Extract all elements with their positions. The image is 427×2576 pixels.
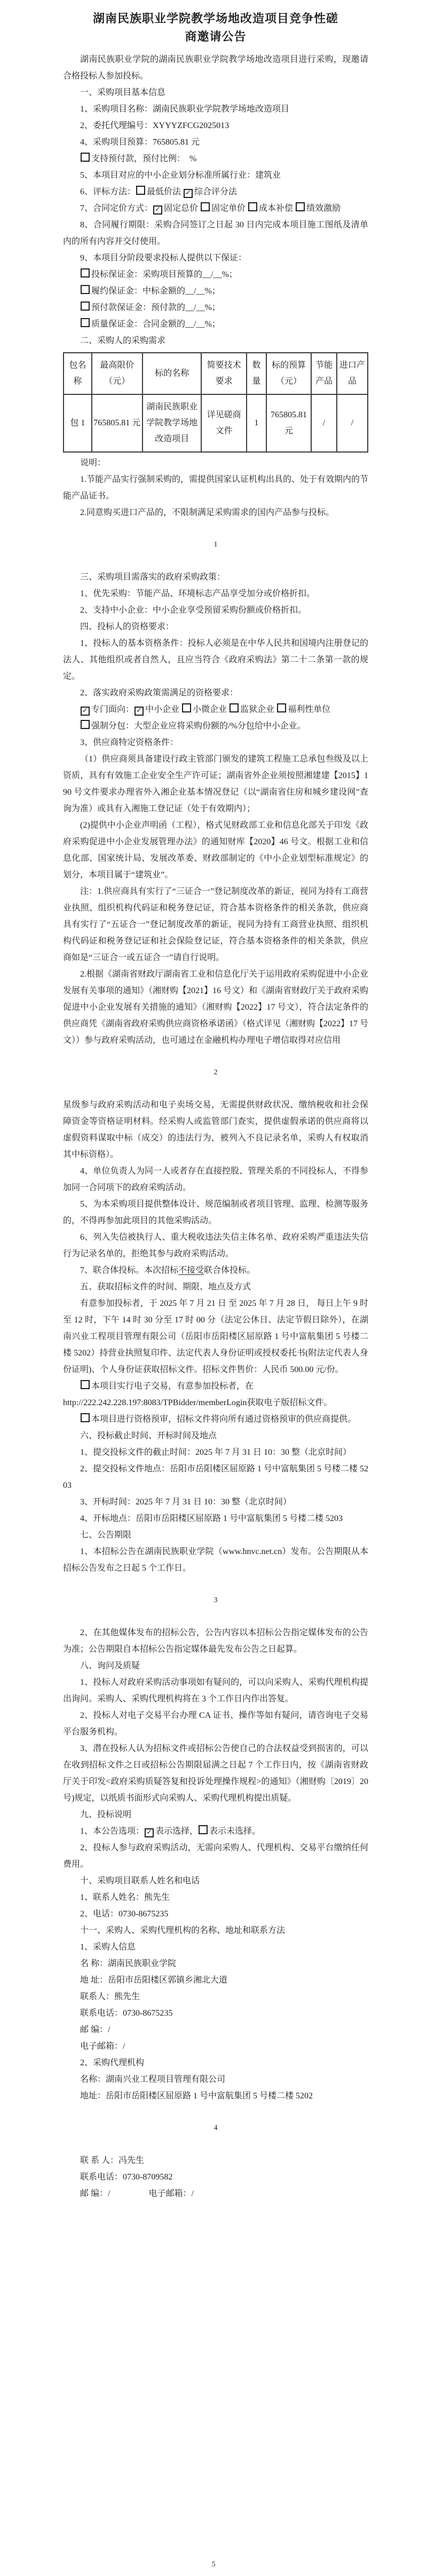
page-number: 3 (63, 1592, 368, 1608)
checkbox-unchecked-icon (201, 202, 210, 211)
paragraph: 3、开标时间：2025 年 7 月 31 日 10：30 整（北京时间） (63, 1494, 368, 1510)
paragraph: 说明： (63, 455, 368, 471)
table-cell: 1 (247, 394, 266, 452)
section-heading: 四、投标人的资格要求： (63, 619, 368, 635)
section-heading: 三、采购项目需落实的政府采购政策： (63, 569, 368, 585)
paragraph: 星级参与政府采购活动和电子卖场交易，无需提供财政状况、缴纳税收和社会保障资金等资… (63, 1097, 368, 1163)
announcement-page: 湖南民族职业学院教学场地改造项目竞争性磋 商邀请公告 湖南民族职业学院的湖南民族… (0, 0, 427, 2576)
section-heading: 六、投标截止时间、开标时间及地点 (63, 1428, 368, 1444)
table-header-cell: 最高限价（元） (92, 353, 143, 394)
paragraph: 1、优先采购：节能产品、环境标志产品享受加分或价格折扣。 (63, 585, 368, 602)
table-header-cell: 包名称 (64, 353, 92, 394)
checkbox-unchecked-icon (81, 318, 90, 327)
paragraph: 地址：岳阳市岳阳楼区屈原路 1 号中富航集团 5 号楼二楼 5202 (63, 2088, 368, 2104)
checkbox-checked-icon: ✓ (145, 1828, 154, 1837)
paragraph: 3、潜在投标人认为招标文件或招标公告使自己的合法权益受到损害的，可以在收到招标文… (63, 1740, 368, 1806)
checkbox-checked-icon: ✓ (135, 707, 144, 716)
section-heading: 七、公告期限 (63, 1527, 368, 1543)
paragraph: 7、联合体投标。本次招标不接受联合体投标。 (63, 1262, 368, 1279)
checkbox-checked-icon: ✓ (153, 205, 162, 215)
table-row: 包 1765805.81 元湖南民族职业学院教学场地改造项目详见磋商文件1765… (64, 394, 368, 452)
paragraph: 1、采购人信息 (63, 1939, 368, 1955)
checkbox-unchecked-icon (81, 268, 90, 278)
checkbox-checked-icon: ✓ (81, 707, 90, 716)
paragraph: 1、投标人的基本资格条件：投标人必须是在中华人民共和国境内注册登记的法人、其他组… (63, 635, 368, 685)
section-heading: 九、投标说明 (63, 1806, 368, 1823)
paragraph: ✓专门面向：✓中小企业 小微企业 监狱企业 福利性单位 (63, 701, 368, 718)
paragraph: 2、投标人对电子交易平台办理 CA 证书、操作等如有疑问，请咨询电子交易平台服务… (63, 1707, 368, 1740)
section-heading: 二、采购人的采购需求 (63, 332, 368, 349)
paragraph: 6、列入失信被执行人、重大税收违法失信主体名单、政府采购严重违法失信行为记录名单… (63, 1229, 368, 1262)
paragraph: 2.同意购买进口产品的，不限制满足采购需求的国内产品参与投标。 (63, 504, 368, 521)
paragraph: 质量保证金：合同金额的__/__%； (63, 316, 368, 332)
paragraph: 联 系 人：冯先生 (63, 2152, 368, 2169)
paragraph: 地 址：岳阳市岳阳楼区郭镇乡湘北大道 (63, 1972, 368, 1988)
checkbox-checked-icon: ✓ (184, 189, 193, 198)
paragraph: 2、支持中小企业：中小企业享受预留采购份额或价格折扣。 (63, 602, 368, 619)
paragraph: 2、提交投标文件地点：岳阳市岳阳楼区屈原路 1 号中富航集团 5 号楼二楼 52… (63, 1461, 368, 1494)
checkbox-unchecked-icon (199, 1825, 208, 1834)
table-cell: 765805.81 元 (92, 394, 143, 452)
paragraph: 6、评标方法：最低价法 ✓综合评分法 (63, 184, 368, 200)
paragraph: 邮 编：/ 电子邮箱：/ (63, 2185, 368, 2202)
page-number: 2 (63, 1065, 368, 1081)
page-number: 5 (0, 2557, 427, 2573)
paragraph: 1、本招标公告在湖南民族职业学院（www.hnvc.net.cn）发布。公告期限… (63, 1543, 368, 1576)
paragraph: 1、投标人对政府采购活动事项如有疑问的，可以向采购人、采购代理机构提出询问。采购… (63, 1674, 368, 1707)
checkbox-unchecked-icon (296, 202, 305, 211)
table-header-cell: 数量 (247, 353, 266, 394)
table-cell: 湖南民族职业学院教学场地改造项目 (143, 394, 202, 452)
paragraph: 2、委托代理编号：XYYYZFCG2025013 (63, 117, 368, 134)
table-cell: / (337, 394, 368, 452)
paragraph: 强制分包：大型企业应将采购份额的/%分包给中小企业。 (63, 718, 368, 734)
paragraph: 2、投标人参与政府采购活动，无需向采购人、代理机构、交易平台缴纳任何费用。 (63, 1840, 368, 1873)
table-header-cell: 标的预算（元） (266, 353, 311, 394)
paragraph: 4、单位负责人为同一人或者存在直接控股、管理关系的不同投标人，不得参加同一合同项… (63, 1163, 368, 1196)
paragraph: 4、采购项目预算：765805.81 元 (63, 134, 368, 150)
paragraph: 1、联系人姓名：熊先生 (63, 1889, 368, 1906)
paragraph: 2、电话：0730-8675235 (63, 1906, 368, 1922)
paragraph: 1、采购项目名称：湖南民族职业学院教学场地改造项目 (63, 101, 368, 117)
table-cell: 包 1 (64, 394, 92, 452)
paragraph: (2)提供中小企业声明函（工程），格式见财政部工业和信息化部关于印发《政府采购促… (63, 817, 368, 883)
table-header-cell: 标的名称 (143, 353, 202, 394)
table-cell: 765805.81 元 (266, 394, 311, 452)
paragraph: 预付款保证金：预付款的__/__%； (63, 299, 368, 316)
paragraph: 名 称：湖南民族职业学院 (63, 1955, 368, 1972)
section-heading: 五、获取招标文件的时间、期限、地点及方式 (63, 1279, 368, 1295)
paragraph: 联系电话：0730-8709582 (63, 2169, 368, 2185)
paragraph: 8、合同履行期限：采购合同签订之日起 30 日内完成本项目施工图纸及清单内的所有… (63, 217, 368, 250)
requirements-table: 包名称最高限价（元）标的名称简要技术要求数量标的预算（元）节能产品进口产品包 1… (63, 352, 368, 453)
paragraph: http://222.242.228.197:8083/TPBidder/mem… (63, 1394, 368, 1411)
section-heading: 十、采购项目联系人姓名和电话 (63, 1873, 368, 1889)
checkbox-unchecked-icon (277, 703, 286, 712)
page-number: 4 (63, 2120, 368, 2136)
paragraph: 1.节能产品实行强制采购的，需提供国家认证机构出具的、处于有效期内的节能产品证书… (63, 471, 368, 504)
section-heading: 八、询问及质疑 (63, 1658, 368, 1674)
checkbox-unchecked-icon (81, 720, 90, 729)
underlined-text: 不接受 (178, 1266, 204, 1275)
checkbox-unchecked-icon (248, 202, 257, 211)
paragraph: 2、落实政府采购政策需满足的资格要求： (63, 685, 368, 701)
table-header-cell: 节能产品 (311, 353, 337, 394)
checkbox-unchecked-icon (81, 1413, 90, 1422)
paragraph: 履约保证金：中标金额的__/__%； (63, 283, 368, 299)
paragraph: 电子邮箱：/ (63, 2038, 368, 2055)
paragraph: 1、本公告选项：✓表示选择，表示未选择。 (63, 1823, 368, 1840)
section-heading: 十一、采购人、采购代理机构的名称、地址和联系方法 (63, 1922, 368, 1939)
checkbox-unchecked-icon (81, 302, 90, 311)
document-content: 湖南民族职业学院教学场地改造项目竞争性磋 商邀请公告 湖南民族职业学院的湖南民族… (0, 0, 427, 2202)
paragraph: 联系电话：0730-8675235 (63, 2005, 368, 2022)
paragraph: 2、在其他媒体发布的招标公告，公告内容以本招标公告指定媒体发布的公告为准；公告期… (63, 1624, 368, 1658)
checkbox-unchecked-icon (182, 703, 191, 712)
paragraph: 湖南民族职业学院的湖南民族职业学院教学场地改造项目进行采购，现邀请合格投标人参加… (63, 51, 368, 84)
checkbox-unchecked-icon (230, 703, 239, 712)
paragraph: （1）供应商须具备建设行政主管部门颁发的建筑工程施工总承包叁级及以上资质，具有有… (63, 751, 368, 817)
paragraph: 支持预付款，预付比例： % (63, 150, 368, 167)
paragraph: 3、供应商特定资格条件： (63, 734, 368, 751)
checkbox-unchecked-icon (81, 153, 90, 162)
table-cell: / (311, 394, 337, 452)
paragraph: 投标保证金：采购项目预算的__/__%； (63, 266, 368, 283)
paragraph: 7、合同定价方式：✓固定总价 固定单价 成本补偿 绩效激励 (63, 200, 368, 217)
paragraph: 2、采购代理机构 (63, 2055, 368, 2071)
paragraph: 邮 编：/ (63, 2022, 368, 2038)
paragraph: 5、为本采购项目提供整体设计、规范编制或者项目管理、监理、检测等服务的，不得再参… (63, 1196, 368, 1229)
checkbox-unchecked-icon (81, 285, 90, 294)
paragraph: 名称：湖南兴业工程项目管理有限公司 (63, 2071, 368, 2088)
paragraph: 本项目实行电子交易，有意参加投标者，在 (63, 1378, 368, 1394)
document-body: 湖南民族职业学院的湖南民族职业学院教学场地改造项目进行采购，现邀请合格投标人参加… (63, 51, 368, 2202)
table-header-cell: 简要技术要求 (201, 353, 246, 394)
table-header-cell: 进口产品 (337, 353, 368, 394)
paragraph: 5、本项目对应的中小企业划分标准所属行业：建筑业 (63, 167, 368, 184)
paragraph: 2.根据《湖南省财政厅湖南省工业和信息化厅关于运用政府采购促进中小企业发展有关事… (63, 966, 368, 1049)
page-title: 湖南民族职业学院教学场地改造项目竞争性磋 商邀请公告 (63, 10, 368, 46)
paragraph: 9、本项目分阶段要求投标人提供以下保证： (63, 250, 368, 266)
paragraph: 注：1.供应商具有实行了“三证合一”登记制度改革的新证，视同为持有工商营业执照、… (63, 883, 368, 966)
paragraph: 有意参加投标者，于 2025 年 7 月 21 日 至 2025 年 7 月 2… (63, 1295, 368, 1378)
table-cell: 详见磋商文件 (201, 394, 246, 452)
checkbox-unchecked-icon (136, 186, 145, 195)
table-header-row: 包名称最高限价（元）标的名称简要技术要求数量标的预算（元）节能产品进口产品 (64, 353, 368, 394)
paragraph: 1、提交投标文件的截止时间：2025 年 7 月 31 日 10：30 整（北京… (63, 1444, 368, 1461)
paragraph: 本项目进行资格预审，招标文件将向所有通过资格预审的供应商提供。 (63, 1411, 368, 1428)
page-number: 1 (63, 537, 368, 553)
paragraph: 4、开标地点：岳阳市岳阳楼区屈原路 1 号中富航集团 5 号楼二楼 5203 (63, 1510, 368, 1527)
checkbox-unchecked-icon (81, 1380, 90, 1389)
section-heading: 一、采购项目基本信息 (63, 84, 368, 101)
paragraph: 联系人：熊先生 (63, 1988, 368, 2005)
